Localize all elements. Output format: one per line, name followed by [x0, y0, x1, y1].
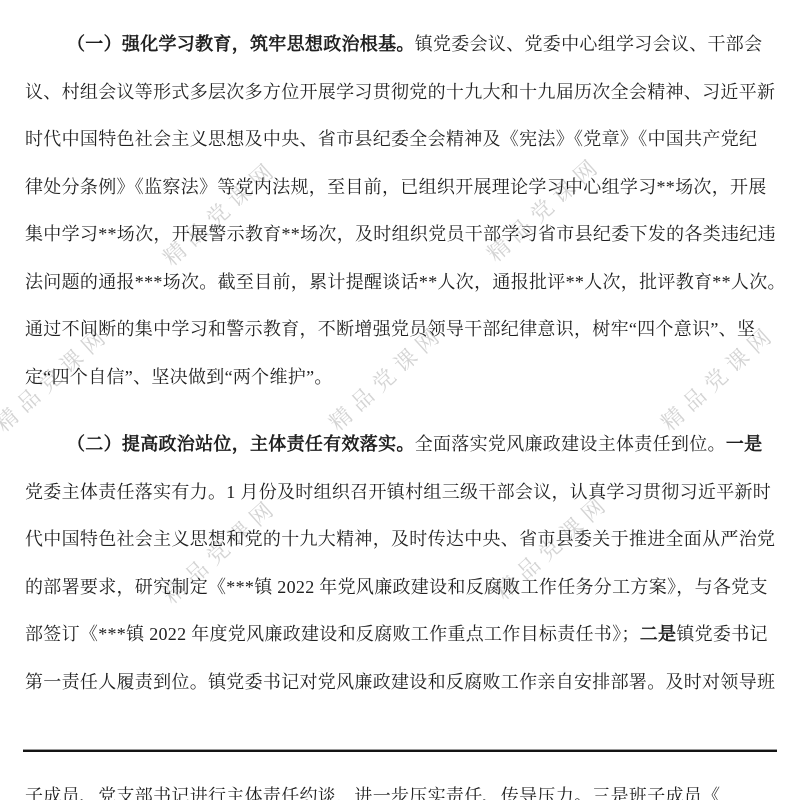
text-segment: 律处分条例》《监察法》等党内法规，至目前，已组织开展理论学习中心组学习**场次，… — [25, 177, 767, 197]
text-line: （一）强化学习教育，筑牢思想政治根基。镇党委会议、党委中心组学习会议、干部会 — [25, 21, 777, 69]
text-line: 的部署要求，研究制定《***镇 2022 年党风廉政建设和反腐败工作任务分工方案… — [25, 564, 777, 612]
text-segment: （二）提高政治站位，主体责任有效落实。 — [67, 434, 415, 454]
text-line: 议、村组会议等形式多层次多方位开展学习贯彻党的十九大和十九届历次全会精神、习近平… — [25, 69, 777, 117]
text-segment: 部签订《***镇 2022 年度党风廉政建设和反腐败工作重点工作目标责任书》； — [25, 624, 640, 644]
text-segment: 的部署要求，研究制定《***镇 2022 年党风廉政建设和反腐败工作任务分工方案… — [25, 577, 768, 597]
text-line: 集中学习**场次，开展警示教育**场次，及时组织党员干部学习省市县纪委下发的各类… — [25, 211, 777, 259]
document-content: （一）强化学习教育，筑牢思想政治根基。镇党委会议、党委中心组学习会议、干部会议、… — [25, 21, 777, 706]
text-line: 代中国特色社会主义思想和党的十九大精神，及时传达中央、省市县委关于推进全面从严治… — [25, 516, 777, 564]
text-line: 法问题的通报***场次。截至目前，累计提醒谈话**人次，通报批评**人次，批评教… — [25, 259, 777, 307]
text-segment: 全面落实党风廉政建设主体责任到位。 — [415, 434, 726, 454]
text-segment: 镇党委书记 — [676, 624, 768, 644]
next-page-partial-text: 子成员、党支部书记进行主体责任约谈，进一步压实责任、传导压力。三是班子成员《 — [25, 784, 795, 800]
text-line: （二）提高政治站位，主体责任有效落实。全面落实党风廉政建设主体责任到位。一是 — [25, 421, 777, 469]
text-segment: 通过不间断的集中学习和警示教育，不断增强党员领导干部纪律意识，树牢“四个意识”、… — [25, 319, 755, 339]
text-segment: 第一责任人履责到位。镇党委书记对党风廉政建设和反腐败工作亲自安排部署。及时对领导… — [25, 672, 775, 692]
paragraph: （一）强化学习教育，筑牢思想政治根基。镇党委会议、党委中心组学习会议、干部会议、… — [25, 21, 777, 401]
text-segment: 时代中国特色社会主义思想及中央、省市县纪委全会精神及《宪法》《党章》《中国共产党… — [25, 129, 757, 149]
text-line: 部签订《***镇 2022 年度党风廉政建设和反腐败工作重点工作目标责任书》；二… — [25, 611, 777, 659]
text-segment: 定“四个自信”、坚决做到“两个维护”。 — [25, 367, 333, 387]
text-segment: 一是 — [726, 434, 763, 454]
text-line: 律处分条例》《监察法》等党内法规，至目前，已组织开展理论学习中心组学习**场次，… — [25, 164, 777, 212]
text-segment: 镇党委会议、党委中心组学习会议、干部会 — [415, 34, 763, 54]
footer-divider — [23, 749, 777, 752]
text-line: 第一责任人履责到位。镇党委书记对党风廉政建设和反腐败工作亲自安排部署。及时对领导… — [25, 659, 777, 707]
document-page: 精品党课网精品党课网精品党课网精品党课网精品党课网精品党课网精品党课网 （一）强… — [0, 0, 800, 800]
text-segment: 代中国特色社会主义思想和党的十九大精神，及时传达中央、省市县委关于推进全面从严治… — [25, 529, 775, 549]
text-line: 时代中国特色社会主义思想及中央、省市县纪委全会精神及《宪法》《党章》《中国共产党… — [25, 116, 777, 164]
text-segment: （一）强化学习教育，筑牢思想政治根基。 — [67, 34, 415, 54]
text-line: 党委主体责任落实有力。1 月份及时组织召开镇村组三级干部会议，认真学习贯彻习近平… — [25, 469, 777, 517]
text-segment: 法问题的通报***场次。截至目前，累计提醒谈话**人次，通报批评**人次，批评教… — [25, 272, 777, 292]
paragraph: （二）提高政治站位，主体责任有效落实。全面落实党风廉政建设主体责任到位。一是党委… — [25, 421, 777, 706]
text-segment: 二是 — [640, 624, 677, 644]
text-segment: 集中学习**场次，开展警示教育**场次，及时组织党员干部学习省市县纪委下发的各类… — [25, 224, 776, 244]
text-line: 定“四个自信”、坚决做到“两个维护”。 — [25, 354, 777, 402]
text-segment: 议、村组会议等形式多层次多方位开展学习贯彻党的十九大和十九届历次全会精神、习近平… — [25, 82, 775, 102]
text-segment: 党委主体责任落实有力。1 月份及时组织召开镇村组三级干部会议，认真学习贯彻习近平… — [25, 482, 771, 502]
text-line: 通过不间断的集中学习和警示教育，不断增强党员领导干部纪律意识，树牢“四个意识”、… — [25, 306, 777, 354]
